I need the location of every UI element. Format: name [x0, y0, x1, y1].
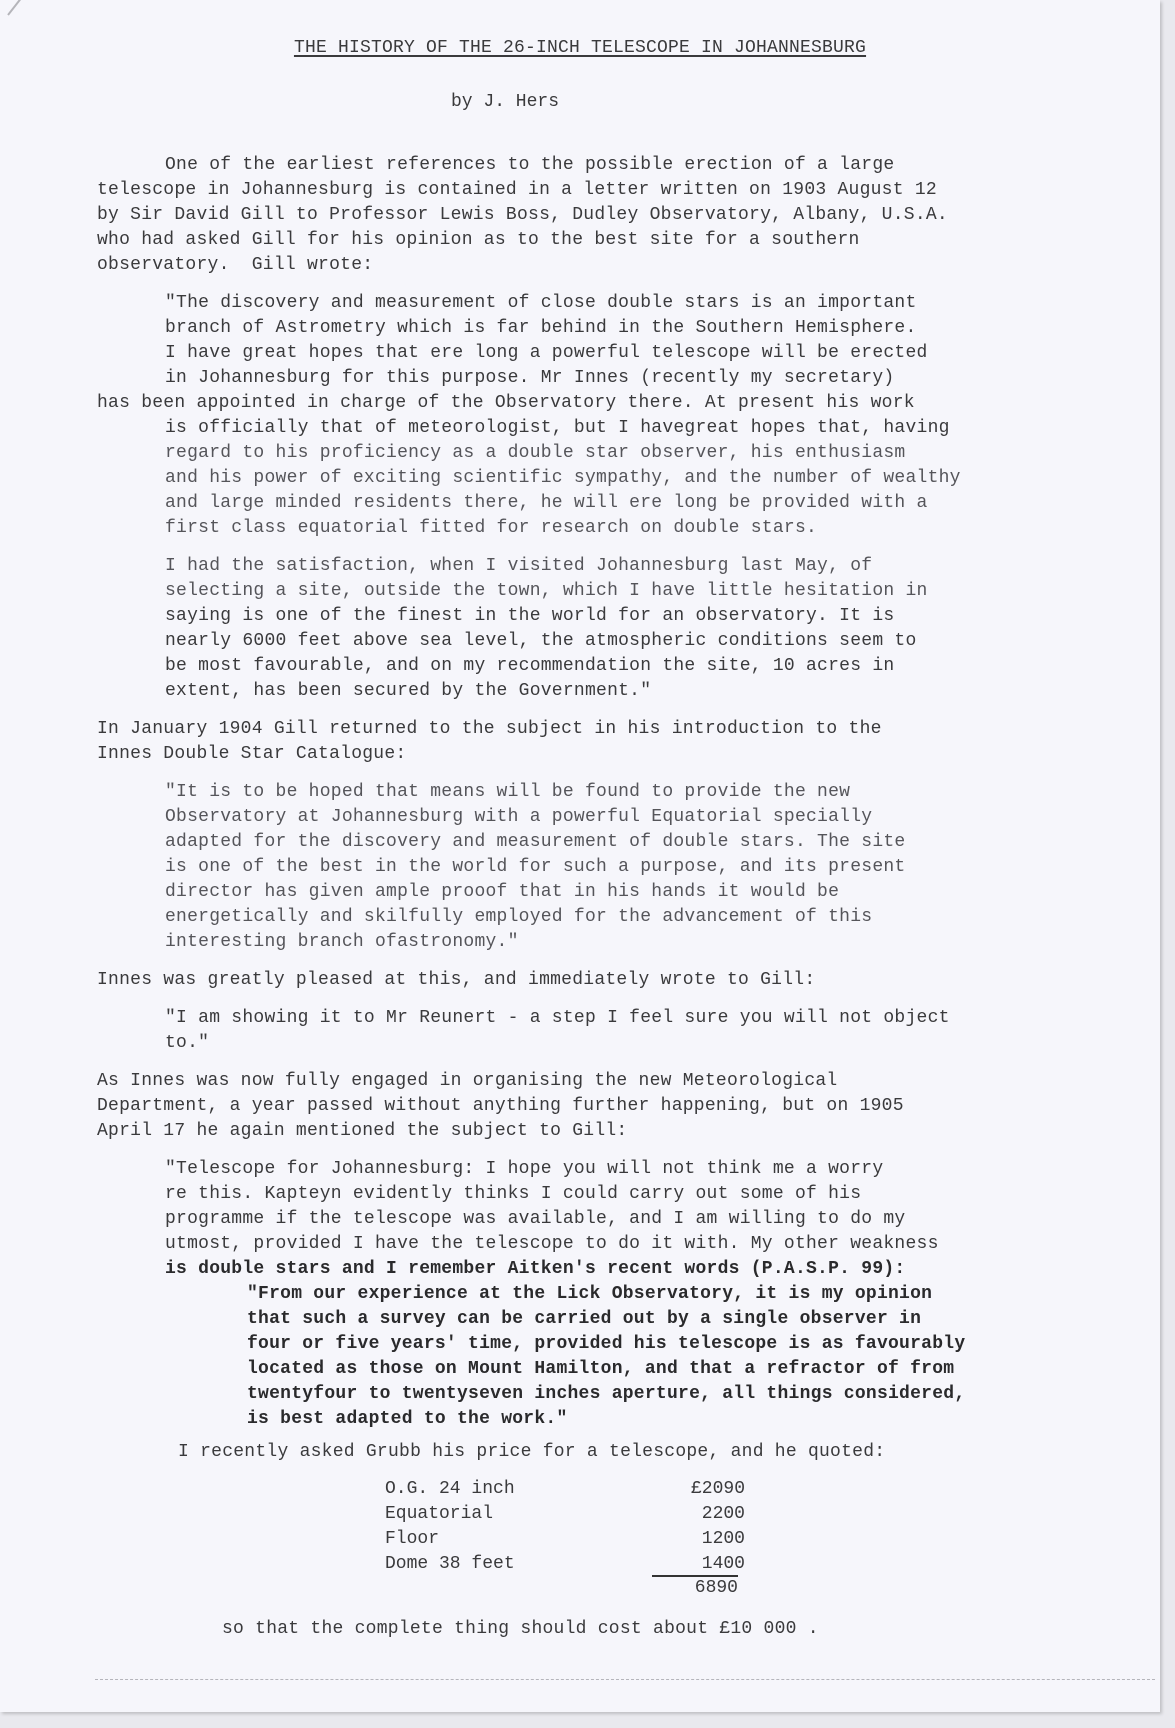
quote-line: in Johannesburg for this purpose. Mr Inn…	[165, 366, 894, 391]
price-table: O.G. 24 inch £2090 Equatorial 2200 Floor…	[385, 1477, 745, 1577]
body-line: Innes Double Star Catalogue:	[97, 742, 406, 767]
quote-line: saying is one of the finest in the world…	[165, 604, 894, 629]
quote-line: "I am showing it to Mr Reunert - a step …	[165, 1006, 950, 1031]
body-line: April 17 he again mentioned the subject …	[97, 1119, 627, 1144]
quote-line: is double stars and I remember Aitken's …	[165, 1257, 905, 1282]
quote-line: selecting a site, outside the town, whic…	[165, 579, 928, 604]
title-text: THE HISTORY OF THE 26-INCH TELESCOPE IN …	[294, 38, 866, 58]
quote-line: "It is to be hoped that means will be fo…	[165, 780, 850, 805]
quote-line: "The discovery and measurement of close …	[165, 291, 917, 316]
quote-line: and his power of exciting scientific sym…	[165, 466, 961, 491]
quote-line: nearly 6000 feet above sea level, the at…	[165, 629, 917, 654]
body-line: Innes was greatly pleased at this, and i…	[97, 968, 815, 993]
price-row: O.G. 24 inch £2090	[385, 1477, 745, 1502]
document-title: THE HISTORY OF THE 26-INCH TELESCOPE IN …	[0, 38, 1160, 58]
nested-quote-line: that such a survey can be carried out by…	[247, 1307, 921, 1332]
quote-line: first class equatorial fitted for resear…	[165, 516, 817, 541]
nested-quote-line: "From our experience at the Lick Observa…	[247, 1282, 932, 1307]
price-row: Floor 1200	[385, 1527, 745, 1552]
body-line: As Innes was now fully engaged in organi…	[97, 1069, 837, 1094]
quote-line: director has given ample prooof that in …	[165, 880, 839, 905]
price-item: O.G. 24 inch	[385, 1477, 515, 1502]
quote-line: re this. Kapteyn evidently thinks I coul…	[165, 1182, 861, 1207]
closing-line: so that the complete thing should cost a…	[222, 1617, 819, 1642]
quote-line: programme if the telescope was available…	[165, 1207, 905, 1232]
quote-line: be most favourable, and on my recommenda…	[165, 654, 894, 679]
body-line: Department, a year passed without anythi…	[97, 1094, 904, 1119]
price-amount: 2200	[702, 1502, 745, 1527]
quote-line: is one of the best in the world for such…	[165, 855, 905, 880]
body-line: One of the earliest references to the po…	[165, 153, 894, 178]
body-line: In January 1904 Gill returned to the sub…	[97, 717, 882, 742]
document-author: by J. Hers	[0, 92, 1010, 112]
quote-line: is officially that of meteorologist, but…	[165, 416, 950, 441]
quote-line: interesting branch ofastronomy."	[165, 930, 519, 955]
nested-quote-line: twentyfour to twentyseven inches apertur…	[247, 1382, 965, 1407]
document-page: THE HISTORY OF THE 26-INCH TELESCOPE IN …	[0, 0, 1160, 1712]
quote-line: utmost, provided I have the telescope to…	[165, 1232, 939, 1257]
quote-line: I have great hopes that ere long a power…	[165, 341, 928, 366]
price-total: 6890	[652, 1576, 738, 1601]
quote-line: energetically and skilfully employed for…	[165, 905, 872, 930]
body-line: who had asked Gill for his opinion as to…	[97, 228, 860, 253]
nested-quote-line: is best adapted to the work."	[247, 1407, 568, 1432]
quote-line: I had the satisfaction, when I visited J…	[165, 554, 872, 579]
quote-line: has been appointed in charge of the Obse…	[97, 391, 915, 416]
price-amount: £2090	[691, 1477, 745, 1502]
price-row: Dome 38 feet 1400	[385, 1552, 745, 1577]
price-item: Dome 38 feet	[385, 1552, 515, 1577]
body-line: I recently asked Grubb his price for a t…	[178, 1440, 885, 1465]
quote-line: regard to his proficiency as a double st…	[165, 441, 905, 466]
price-item: Floor	[385, 1527, 439, 1552]
quote-line: and large minded residents there, he wil…	[165, 491, 928, 516]
body-line: telescope in Johannesburg is contained i…	[97, 178, 937, 203]
price-amount: 1200	[702, 1527, 745, 1552]
nested-quote-line: located as those on Mount Hamilton, and …	[247, 1357, 954, 1382]
body-line: observatory. Gill wrote:	[97, 253, 373, 278]
price-row: Equatorial 2200	[385, 1502, 745, 1527]
quote-line: extent, has been secured by the Governme…	[165, 679, 651, 704]
quote-line: "Telescope for Johannesburg: I hope you …	[165, 1157, 883, 1182]
divider	[95, 1679, 1155, 1680]
quote-line: to."	[165, 1031, 209, 1056]
pen-mark	[7, 0, 38, 16]
price-amount: 1400	[702, 1552, 745, 1577]
body-line: by Sir David Gill to Professor Lewis Bos…	[97, 203, 948, 228]
quote-line: Observatory at Johannesburg with a power…	[165, 805, 872, 830]
quote-line: adapted for the discovery and measuremen…	[165, 830, 905, 855]
nested-quote-line: four or five years' time, provided his t…	[247, 1332, 965, 1357]
price-item: Equatorial	[385, 1502, 493, 1527]
quote-line: branch of Astrometry which is far behind…	[165, 316, 917, 341]
